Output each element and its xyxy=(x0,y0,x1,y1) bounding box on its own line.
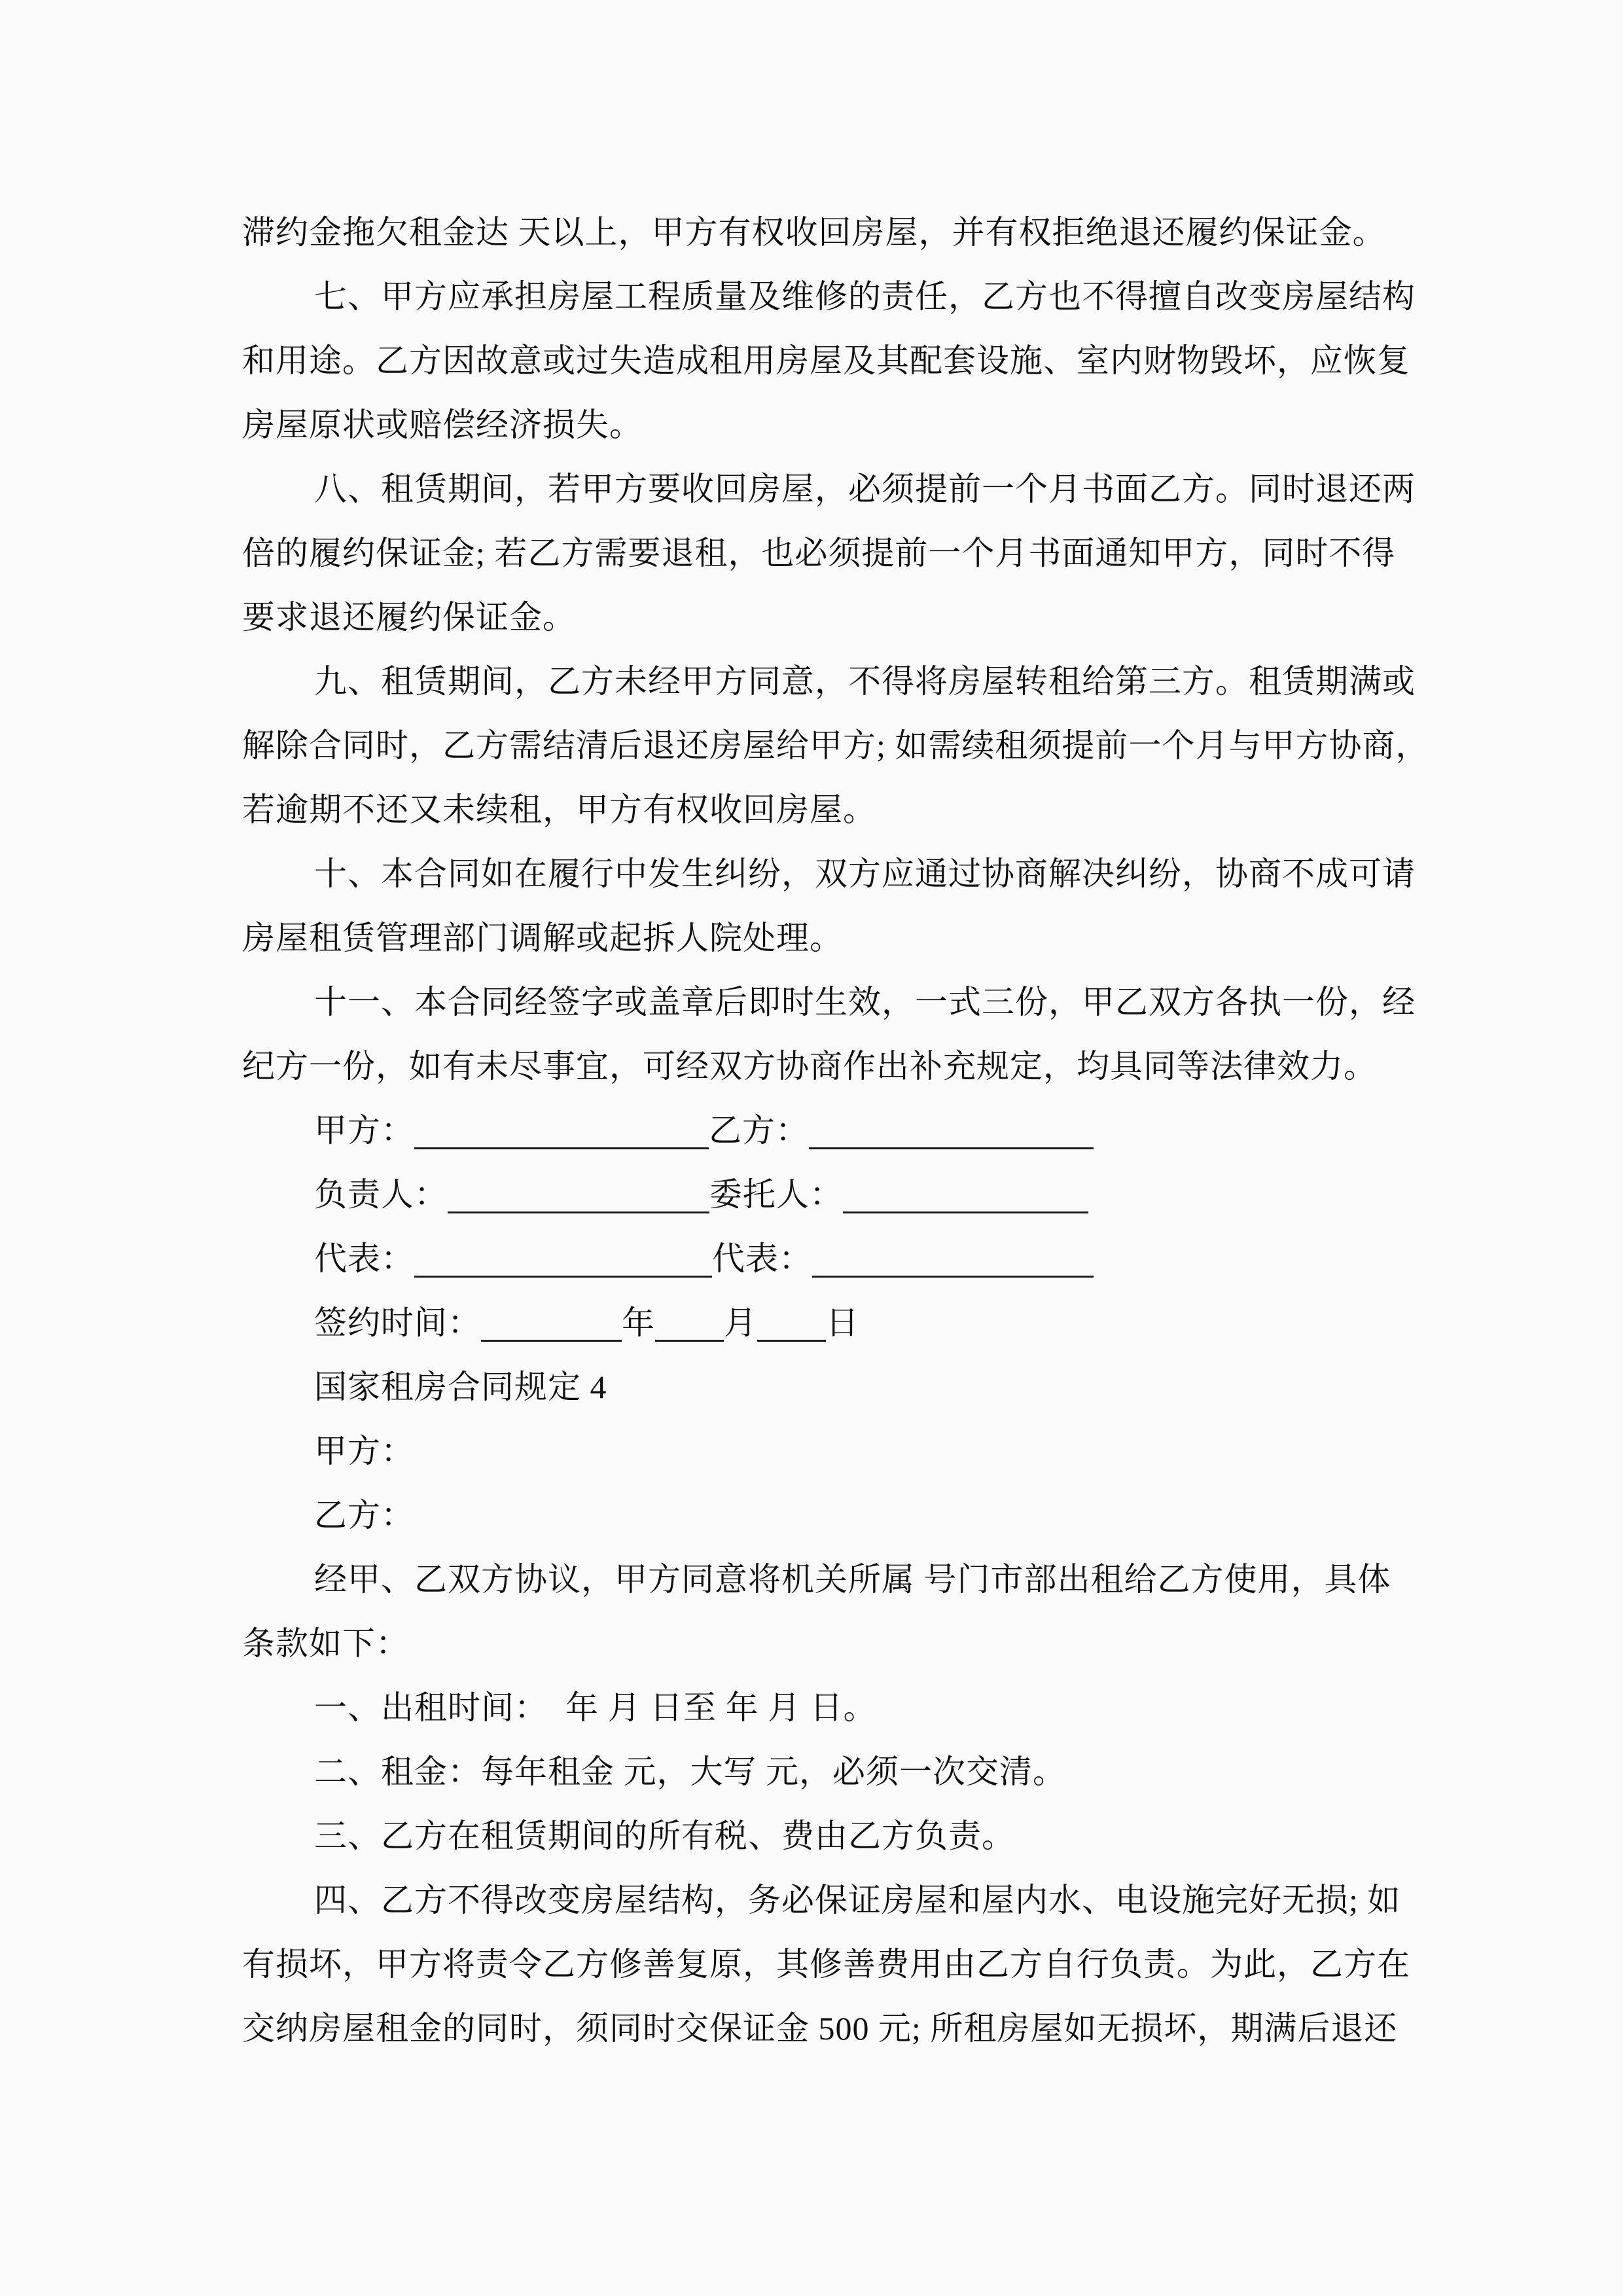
text-segment: 乙方： xyxy=(709,1112,809,1149)
text-segment: 甲方： xyxy=(314,1112,414,1149)
text-line: 九、租赁期间，乙方未经甲方同意，不得将房屋转租给第三方。租赁期满或 xyxy=(242,649,1387,713)
text-line: 八、租赁期间，若甲方要收回房屋，必须提前一个月书面乙方。同时退还两 xyxy=(242,457,1387,521)
signature-blank-line xyxy=(843,1204,1088,1213)
text-line: 签约时间：年月日 xyxy=(242,1291,1387,1355)
text-line: 四、乙方不得改变房屋结构，务必保证房屋和屋内水、电设施完好无损; 如 xyxy=(242,1868,1387,1932)
text-line: 七、甲方应承担房屋工程质量及维修的责任，乙方也不得擅自改变房屋结构 xyxy=(242,264,1387,329)
text-line: 有损坏，甲方将责令乙方修善复原，其修善费用由乙方自行负责。为此，乙方在 xyxy=(242,1932,1387,1996)
text-line: 三、乙方在租赁期间的所有税、费由乙方负责。 xyxy=(242,1804,1387,1868)
contract-document-page: 滞约金拖欠租金达 天以上，甲方有权收回房屋，并有权拒绝退还履约保证金。七、甲方应… xyxy=(0,0,1623,2296)
signature-blank-line xyxy=(414,1139,709,1149)
text-segment: 负责人： xyxy=(314,1176,448,1213)
text-line: 交纳房屋租金的同时，须同时交保证金 500 元; 所租房屋如无损坏，期满后退还 xyxy=(242,1996,1387,2060)
text-line: 纪方一份，如有未尽事宜，可经双方协商作出补充规定，均具同等法律效力。 xyxy=(242,1034,1387,1098)
text-line: 经甲、乙双方协议，甲方同意将机关所属 号门市部出租给乙方使用，具体 xyxy=(242,1547,1387,1611)
text-segment: 代表： xyxy=(314,1240,414,1277)
signature-blank-line xyxy=(757,1332,826,1342)
text-line: 滞约金拖欠租金达 天以上，甲方有权收回房屋，并有权拒绝退还履约保证金。 xyxy=(242,200,1387,264)
text-line: 乙方： xyxy=(242,1483,1387,1547)
signature-blank-line xyxy=(481,1332,622,1342)
text-line: 解除合同时，乙方需结清后退还房屋给甲方; 如需续租须提前一个月与甲方协商， xyxy=(242,713,1387,778)
signature-blank-line xyxy=(414,1268,712,1278)
text-segment: 日 xyxy=(826,1304,859,1341)
text-line: 二、租金：每年租金 元，大写 元，必须一次交清。 xyxy=(242,1740,1387,1804)
text-line: 条款如下： xyxy=(242,1611,1387,1676)
signature-blank-line xyxy=(655,1332,724,1342)
text-line: 国家租房合同规定 4 xyxy=(242,1355,1387,1419)
text-segment: 签约时间： xyxy=(314,1304,481,1341)
text-line: 若逾期不还又未续租，甲方有权收回房屋。 xyxy=(242,778,1387,842)
document-body: 滞约金拖欠租金达 天以上，甲方有权收回房屋，并有权拒绝退还履约保证金。七、甲方应… xyxy=(242,200,1387,2060)
text-segment: 年 xyxy=(622,1304,655,1341)
signature-blank-line xyxy=(809,1139,1094,1149)
text-line: 十、本合同如在履行中发生纠纷，双方应通过协商解决纠纷，协商不成可请 xyxy=(242,842,1387,906)
text-segment: 月 xyxy=(724,1304,757,1341)
text-line: 房屋原状或赔偿经济损失。 xyxy=(242,393,1387,457)
text-line: 和用途。乙方因故意或过失造成租用房屋及其配套设施、室内财物毁坏，应恢复 xyxy=(242,329,1387,393)
text-segment: 委托人： xyxy=(709,1176,843,1213)
text-line: 要求退还履约保证金。 xyxy=(242,585,1387,649)
signature-blank-line xyxy=(812,1268,1094,1278)
text-line: 甲方： xyxy=(242,1419,1387,1483)
signature-blank-line xyxy=(448,1204,709,1213)
text-line: 倍的履约保证金; 若乙方需要退租，也必须提前一个月书面通知甲方，同时不得 xyxy=(242,521,1387,585)
text-line: 代表：代表： xyxy=(242,1227,1387,1291)
text-line: 甲方：乙方： xyxy=(242,1098,1387,1162)
text-line: 负责人：委托人： xyxy=(242,1162,1387,1227)
text-line: 房屋租赁管理部门调解或起拆人院处理。 xyxy=(242,906,1387,970)
text-line: 一、出租时间： 年 月 日至 年 月 日。 xyxy=(242,1676,1387,1740)
text-line: 十一、本合同经签字或盖章后即时生效，一式三份，甲乙双方各执一份，经 xyxy=(242,970,1387,1034)
text-segment: 代表： xyxy=(712,1240,812,1277)
